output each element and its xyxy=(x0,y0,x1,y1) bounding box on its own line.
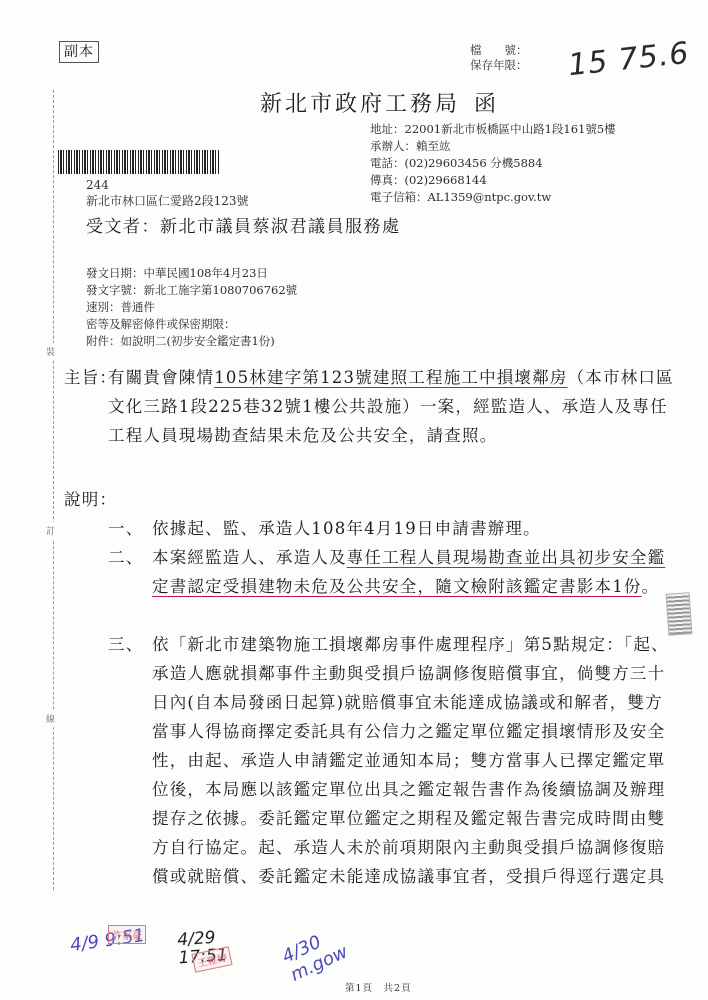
classification: 密等及解密條件或保密期限： xyxy=(86,316,297,333)
file-number-label: 檔 號： xyxy=(470,43,528,58)
item-text-post: 。 xyxy=(642,577,660,596)
seal-1: 許家豪 xyxy=(108,925,146,944)
postal-code: 244 xyxy=(86,177,249,193)
explanation-item-1: 一、 依據起、監、承造人108年4月19日申請書辦理。 xyxy=(108,514,674,543)
item-number: 一、 xyxy=(108,514,143,543)
recipient: 受文者：新北市議員蔡淑君議員服務處 xyxy=(86,212,401,237)
subject-label: 主旨： xyxy=(64,363,117,392)
binding-mark-zhuang: 裝 xyxy=(46,343,55,360)
item-number: 三、 xyxy=(108,630,143,659)
document-meta: 發文日期：中華民國108年4月23日 發文字號：新北工施字第1080706762… xyxy=(86,265,297,350)
handwritten-note-3: 4/30 m.gow xyxy=(279,924,350,986)
retention-label: 保存年限： xyxy=(470,58,528,73)
postal-address: 新北市林口區仁愛路2段123號 xyxy=(86,193,249,209)
fax: 傳真：(02)29668144 xyxy=(370,172,616,189)
address: 地址：22001新北市板橋區中山路1段161號5樓 xyxy=(370,121,616,138)
explanation-item-3: 三、 依「新北市建築物施工損壞鄰房事件處理程序」第5點規定：「起、承造人應就損鄰… xyxy=(108,630,674,891)
issue-date: 發文日期：中華民國108年4月23日 xyxy=(86,265,297,282)
item-text-pre: 依「新北市建築物施工損壞鄰房事件處理程序」第5點規定：「起、承造人應就損鄰事件主… xyxy=(152,635,669,886)
binding-mark-ding: 訂 xyxy=(46,522,55,539)
subject-underlined: 105林建字第123號建照工程施工中損壞鄰房 xyxy=(214,368,567,387)
email: 電子信箱：AL1359@ntpc.gov.tw xyxy=(370,189,616,206)
item-text: 依據起、監、承造人108年4月19日申請書辦理。 xyxy=(152,514,674,543)
recipient-postal: 244 新北市林口區仁愛路2段123號 xyxy=(86,177,249,209)
copy-label: 副本 xyxy=(59,41,99,63)
item-text: 依「新北市建築物施工損壞鄰房事件處理程序」第5點規定：「起、承造人應就損鄰事件主… xyxy=(152,630,674,891)
binding-mark-xian: 線 xyxy=(46,710,55,727)
binding-line xyxy=(53,90,54,890)
file-info: 檔 號： 保存年限： xyxy=(470,43,528,73)
issuer-title: 新北市政府工務局 xyxy=(260,92,460,117)
attachment: 附件：如說明二(初步安全鑑定書1份) xyxy=(86,333,297,350)
subject-pre: 有關貴會陳情 xyxy=(108,368,214,387)
phone: 電話：(02)29603456 分機5884 xyxy=(370,155,616,172)
subject-section: 主旨： 有關貴會陳情105林建字第123號建照工程施工中損壞鄰房（本市林口區文化… xyxy=(64,363,674,450)
item-text-pre: 本案經監造人、承造人及 xyxy=(152,548,347,567)
item-text-pre: 依據起、監、承造人108年4月19日申請書辦理。 xyxy=(152,519,541,538)
subject-text: 有關貴會陳情105林建字第123號建照工程施工中損壞鄰房（本市林口區文化三路1段… xyxy=(108,363,674,450)
explanation-item-2: 二、 本案經監造人、承造人及專任工程人員現場勘查並出具初步安全鑑定書認定受損建物… xyxy=(108,543,674,601)
doc-type: 函 xyxy=(474,92,499,117)
urgency: 速別：普通件 xyxy=(86,299,297,316)
item-number: 二、 xyxy=(108,543,143,572)
document-title: 新北市政府工務局函 xyxy=(260,87,499,118)
item-text: 本案經監造人、承造人及專任工程人員現場勘查並出具初步安全鑑定書認定受損建物未危及… xyxy=(152,543,674,601)
issue-number: 發文字號：新北工施字第1080706762號 xyxy=(86,282,297,299)
received-stamp xyxy=(666,592,693,636)
handwritten-file-number: 15 75.6 xyxy=(567,36,692,84)
explanation-label: 說明： xyxy=(64,486,117,510)
barcode xyxy=(58,150,220,174)
handler: 承辦人：賴至竑 xyxy=(370,138,616,155)
contact-block: 地址：22001新北市板橋區中山路1段161號5樓 承辦人：賴至竑 電話：(02… xyxy=(370,121,616,206)
page-indicator: 第1頁 共2頁 xyxy=(345,980,412,994)
